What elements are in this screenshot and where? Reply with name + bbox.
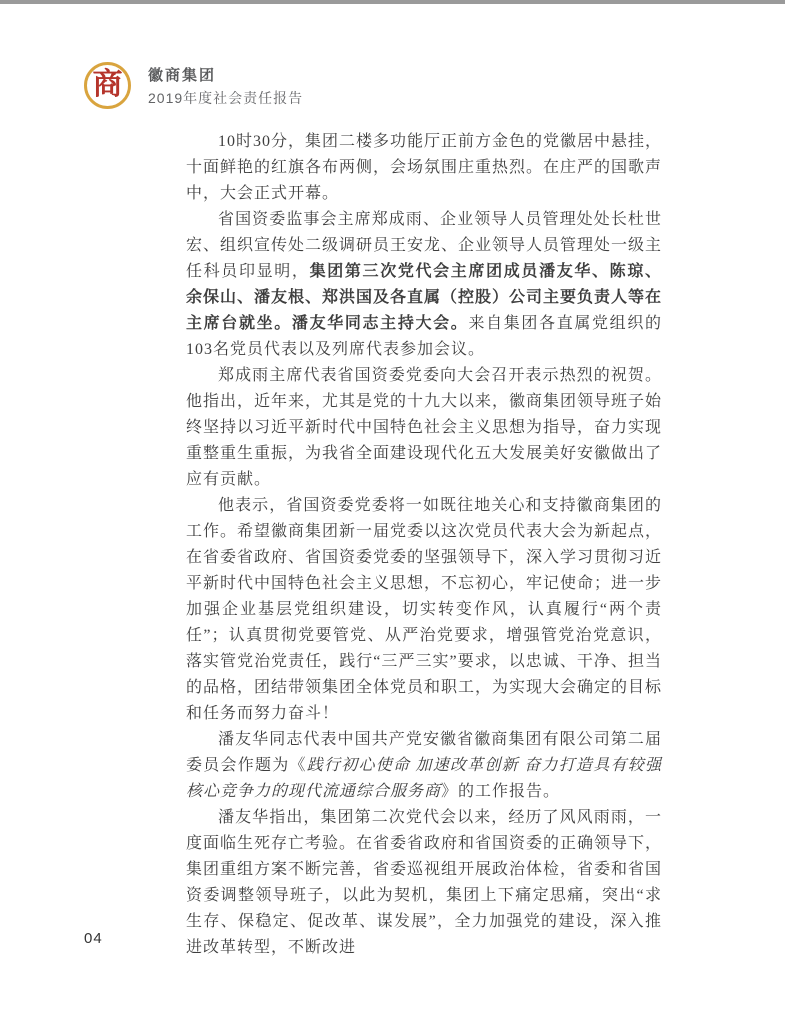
company-logo: 商 <box>84 62 131 109</box>
text-segment: 》的工作报告。 <box>441 783 560 800</box>
paragraph: 他表示，省国资委党委将一如既往地关心和支持徽商集团的工作。希望徽商集团新一届党委… <box>186 493 662 727</box>
header-text: 徽商集团 2019年度社会责任报告 <box>148 62 303 108</box>
text-segment: 他表示，省国资委党委将一如既往地关心和支持徽商集团的工作。希望徽商集团新一届党委… <box>186 497 662 722</box>
text-segment: 潘友华指出，集团第二次党代会以来，经历了风风雨雨，一度面临生死存亡考验。在省委省… <box>186 809 662 956</box>
paragraph: 郑成雨主席代表省国资委党委向大会召开表示热烈的祝贺。他指出，近年来，尤其是党的十… <box>186 363 662 493</box>
text-segment: 10时30分，集团二楼多功能厅正前方金色的党徽居中悬挂，十面鲜艳的红旗各布两侧，… <box>186 133 662 202</box>
paragraph: 10时30分，集团二楼多功能厅正前方金色的党徽居中悬挂，十面鲜艳的红旗各布两侧，… <box>186 129 662 207</box>
text-segment: 郑成雨主席代表省国资委党委向大会召开表示热烈的祝贺。他指出，近年来，尤其是党的十… <box>186 367 662 488</box>
seal-icon: 商 <box>93 70 123 100</box>
paragraph: 潘友华同志代表中国共产党安徽省徽商集团有限公司第二届委员会作题为《践行初心使命 … <box>186 727 662 805</box>
page-header: 商 徽商集团 2019年度社会责任报告 <box>84 62 303 109</box>
paragraph: 省国资委监事会主席郑成雨、企业领导人员管理处处长杜世宏、组织宣传处二级调研员王安… <box>186 207 662 363</box>
scan-edge <box>0 0 785 4</box>
report-title: 2019年度社会责任报告 <box>148 88 303 108</box>
paragraph: 潘友华指出，集团第二次党代会以来，经历了风风雨雨，一度面临生死存亡考验。在省委省… <box>186 805 662 961</box>
page-number: 04 <box>84 930 103 947</box>
body-text: 10时30分，集团二楼多功能厅正前方金色的党徽居中悬挂，十面鲜艳的红旗各布两侧，… <box>186 129 662 961</box>
report-page: 商 徽商集团 2019年度社会责任报告 10时30分，集团二楼多功能厅正前方金色… <box>0 0 785 1022</box>
company-name: 徽商集团 <box>148 66 303 86</box>
